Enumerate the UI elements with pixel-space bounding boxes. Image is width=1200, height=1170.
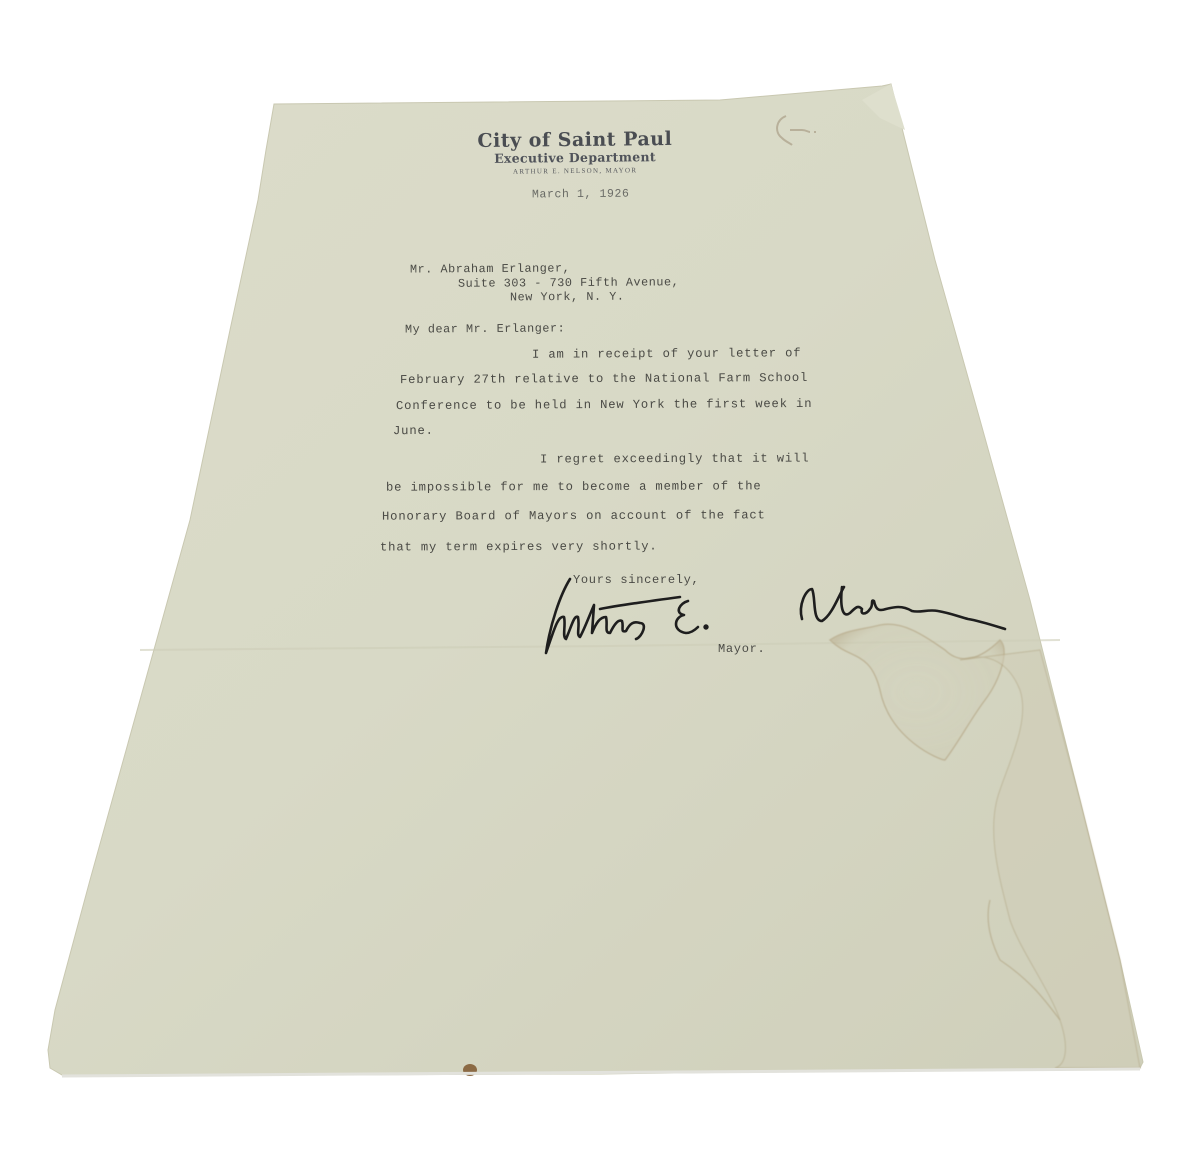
signer-title: Mayor. xyxy=(718,642,765,656)
recipient-city: New York, N. Y. xyxy=(510,290,625,305)
body-line: I am in receipt of your letter of xyxy=(532,346,801,361)
letterhead-mayor: Arthur E. Nelson, Mayor xyxy=(455,164,695,179)
body-line: that my term expires very shortly. xyxy=(380,540,658,555)
recipient-address: Suite 303 - 730 Fifth Avenue, xyxy=(458,275,679,291)
signature xyxy=(540,575,1010,655)
letter-text: City of Saint Paul Executive Department … xyxy=(0,0,1200,1170)
letterhead: City of Saint Paul Executive Department … xyxy=(455,129,695,179)
body-line: be impossible for me to become a member … xyxy=(386,479,762,494)
letter-date: March 1, 1926 xyxy=(532,188,630,202)
body-line: June. xyxy=(393,424,434,438)
body-line: Honorary Board of Mayors on account of t… xyxy=(382,508,766,523)
photo-stage: City of Saint Paul Executive Department … xyxy=(0,0,1200,1170)
letterhead-city: City of Saint Paul xyxy=(455,129,695,152)
body-line: Conference to be held in New York the fi… xyxy=(396,397,812,413)
body-line: February 27th relative to the National F… xyxy=(400,371,808,387)
recipient-name: Mr. Abraham Erlanger, xyxy=(410,261,570,276)
salutation: My dear Mr. Erlanger: xyxy=(405,321,565,336)
body-line: I regret exceedingly that it will xyxy=(540,452,809,467)
